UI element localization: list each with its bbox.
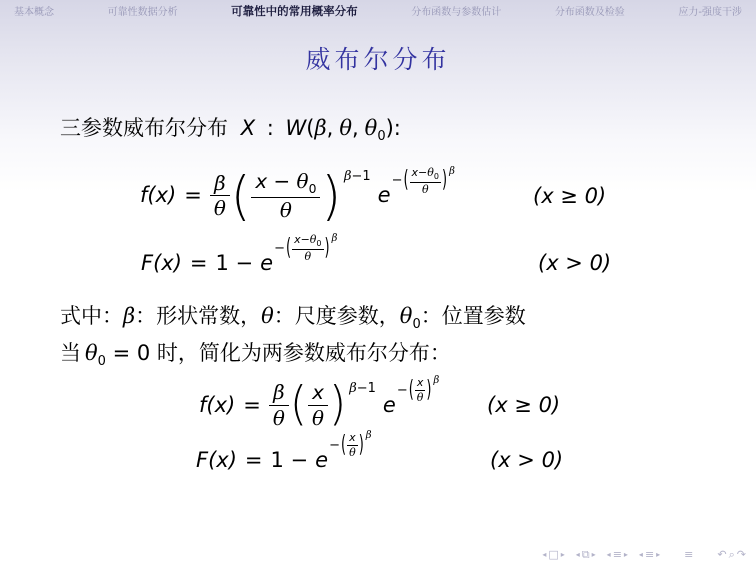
subsection-nav-group: ◂ ≡ ▸ bbox=[607, 549, 628, 560]
next-section-icon[interactable]: ▸ bbox=[656, 551, 660, 559]
back-icon[interactable]: ↶ bbox=[717, 549, 726, 560]
euler-e: e bbox=[383, 395, 396, 416]
presentation-icon[interactable]: ≡ bbox=[684, 549, 693, 560]
nav-section-distribution-parameter-estimation[interactable]: 分布函数与参数估计 bbox=[411, 3, 501, 18]
prev-section-icon[interactable]: ◂ bbox=[639, 551, 643, 559]
nav-section-basic-concepts[interactable]: 基本概念 bbox=[14, 3, 54, 18]
e-exponent: − ( x−θ0 θ ) β bbox=[274, 233, 337, 263]
section-nav-group: ◂ ≡ ▸ bbox=[639, 549, 660, 560]
formula-cdf-2param: F(x) = 1 − e − ( x θ ) β (x > 0) bbox=[0, 438, 756, 482]
paragraph-line-1: 式中：β：形状常数，θ：尺度参数，θ0：位置参数 bbox=[60, 302, 700, 339]
forward-icon[interactable]: ↷ bbox=[737, 549, 746, 560]
beamer-navigation-bar: ◂ □ ▸ ◂ ⧉ ▸ ◂ ≡ ▸ ◂ ≡ ▸ ≡ ↶ ⌕ ↷ bbox=[531, 549, 746, 560]
frame-nav-group: ◂ ⧉ ▸ bbox=[576, 549, 596, 560]
section-icon[interactable]: ≡ bbox=[645, 549, 654, 560]
beamer-slide: 基本概念 可靠性数据分析 可靠性中的常用概率分布 分布函数与参数估计 分布函数及… bbox=[0, 0, 756, 567]
next-frame-icon[interactable]: ▸ bbox=[592, 551, 596, 559]
formula-cdf-3param: F(x) = 1 − e − ( x−θ0 θ ) β (x > 0) bbox=[0, 238, 756, 288]
history-group: ↶ ⌕ ↷ bbox=[717, 549, 746, 560]
next-slide-icon[interactable]: ▸ bbox=[561, 551, 565, 559]
euler-e: e bbox=[260, 253, 273, 274]
formula-lhs: F(x) bbox=[196, 450, 237, 471]
euler-e: e bbox=[315, 450, 328, 471]
intro-text-cn: 三参数威布尔分布 bbox=[60, 116, 228, 140]
nav-section-reliability-data-analysis[interactable]: 可靠性数据分析 bbox=[108, 3, 178, 18]
presentation-group: ≡ bbox=[684, 549, 693, 560]
euler-e: e bbox=[378, 185, 391, 206]
domain-condition: (x ≥ 0) bbox=[533, 184, 606, 208]
prev-slide-icon[interactable]: ◂ bbox=[542, 551, 546, 559]
paragraph-line-2: 当θ0 = 0 时，简化为两参数威布尔分布： bbox=[60, 339, 700, 376]
subsection-icon[interactable]: ≡ bbox=[613, 549, 622, 560]
fraction-x-over-theta: x θ bbox=[308, 380, 328, 431]
intro-var-x: X bbox=[241, 116, 255, 140]
slide-nav-group: ◂ □ ▸ bbox=[542, 549, 564, 560]
e-exponent: − ( x θ ) β bbox=[397, 376, 439, 403]
e-exponent: − ( x θ ) β bbox=[329, 431, 371, 458]
slide-title: 威布尔分布 bbox=[0, 40, 756, 76]
parameter-explanation: 式中：β：形状常数，θ：尺度参数，θ0：位置参数 当θ0 = 0 时，简化为两参… bbox=[60, 302, 700, 376]
fraction-beta-over-theta: β θ bbox=[210, 171, 230, 222]
fraction-beta-over-theta: β θ bbox=[269, 380, 289, 431]
domain-condition: (x ≥ 0) bbox=[487, 393, 560, 417]
intro-line: 三参数威布尔分布 X : W(β,θ,θ0): bbox=[60, 112, 401, 144]
e-exponent: − ( x−θ0 θ ) β bbox=[392, 166, 455, 196]
formula-lhs: F(x) bbox=[141, 253, 182, 274]
fraction-x-minus-theta0-over-theta: x − θ0 θ bbox=[251, 169, 320, 223]
prev-frame-icon[interactable]: ◂ bbox=[576, 551, 580, 559]
formula-pdf-2param: f(x) = β θ ( x θ ) β−1 e − ( x θ ) bbox=[0, 379, 756, 431]
nav-section-common-probability-distributions-current[interactable]: 可靠性中的常用概率分布 bbox=[231, 3, 358, 19]
next-subsection-icon[interactable]: ▸ bbox=[624, 551, 628, 559]
domain-condition: (x > 0) bbox=[538, 251, 611, 275]
formula-lhs: f(x) bbox=[199, 395, 235, 416]
search-icon[interactable]: ⌕ bbox=[729, 549, 735, 560]
slide-icon[interactable]: □ bbox=[548, 549, 558, 560]
domain-condition: (x > 0) bbox=[490, 448, 563, 472]
formula-lhs: f(x) bbox=[140, 185, 176, 206]
nav-section-stress-strength-interference[interactable]: 应力-强度干涉 bbox=[678, 3, 742, 18]
exponent-beta-minus-1: β−1 bbox=[344, 170, 371, 183]
section-navbar: 基本概念 可靠性数据分析 可靠性中的常用概率分布 分布函数与参数估计 分布函数及… bbox=[0, 3, 756, 19]
frame-icon[interactable]: ⧉ bbox=[582, 549, 590, 560]
nav-section-distribution-testing[interactable]: 分布函数及检验 bbox=[555, 3, 625, 18]
exponent-beta-minus-1: β−1 bbox=[349, 382, 376, 395]
formula-pdf-3param: f(x) = β θ ( x − θ0 θ ) β−1 e − ( x−θ0 θ bbox=[0, 165, 756, 227]
prev-subsection-icon[interactable]: ◂ bbox=[607, 551, 611, 559]
